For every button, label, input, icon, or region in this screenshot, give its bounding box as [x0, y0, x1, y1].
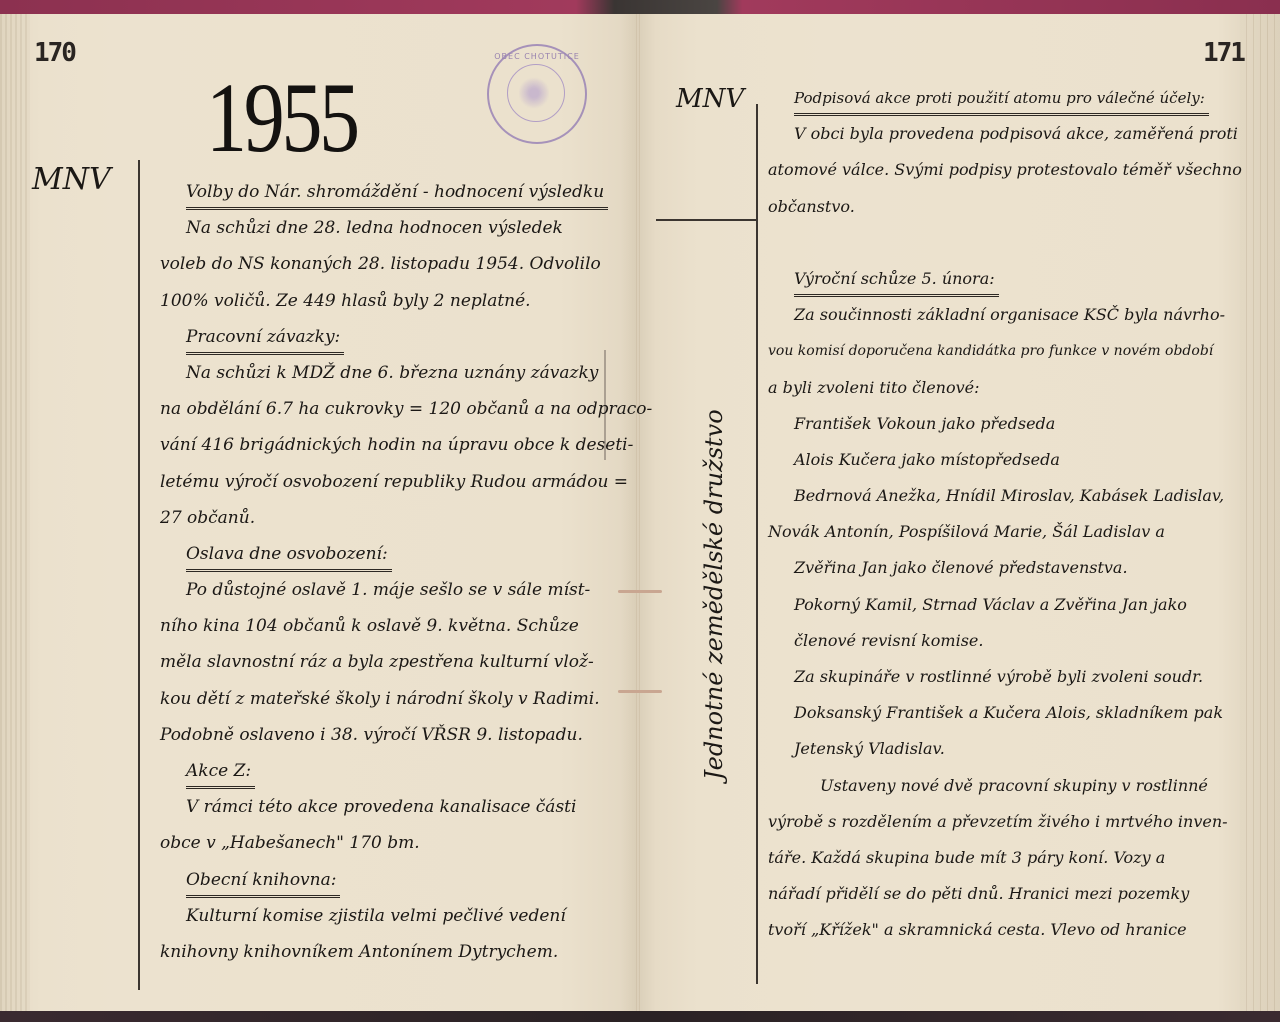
- section-heading: Obecní knihovna:: [160, 862, 610, 898]
- left-page-text: Volby do Nár. shromáždění - hodnocení vý…: [160, 174, 610, 970]
- text-line: Za skupináře v rostlinné výrobě byli zvo…: [768, 659, 1218, 695]
- stamp-text: OBEC CHOTUTICE: [489, 52, 585, 61]
- text-line: letému výročí osvobození republiky Rudou…: [160, 464, 610, 500]
- text-line: obce v „Habešanech" 170 bm.: [160, 825, 610, 861]
- text-line: vou komisí doporučena kandidátka pro fun…: [768, 333, 1218, 369]
- text-line: Doksanský František a Kučera Alois, skla…: [768, 695, 1218, 731]
- text-line: Ustaveny nové dvě pracovní skupiny v ros…: [768, 768, 1218, 804]
- section-heading: Volby do Nár. shromáždění - hodnocení vý…: [160, 174, 610, 210]
- book-gutter: [636, 14, 640, 1011]
- text-line: Pokorný Kamil, Strnad Václav a Zvěřina J…: [768, 587, 1218, 623]
- text-line: vání 416 brigádnických hodin na úpravu o…: [160, 427, 610, 463]
- text-line: František Vokoun jako předseda: [768, 406, 1218, 442]
- text-line: výrobě s rozdělením a převzetím živého i…: [768, 804, 1218, 840]
- text-line: na obdělání 6.7 ha cukrovky = 120 občanů…: [160, 391, 610, 427]
- blank-line: [768, 225, 1218, 261]
- text-line: knihovny knihovníkem Antonínem Dytrychem…: [160, 934, 610, 970]
- text-line: a byli zvoleni tito členové:: [768, 370, 1218, 406]
- section-heading: Oslava dne osvobození:: [160, 536, 610, 572]
- text-line: Po důstojné oslavě 1. máje sešlo se v sá…: [160, 572, 610, 608]
- text-line: Novák Antonín, Pospíšilová Marie, Šál La…: [768, 514, 1218, 550]
- book-cover-bottom: [0, 1010, 1280, 1022]
- right-page-text: Podpisová akce proti použití atomu pro v…: [768, 80, 1218, 949]
- book-cover-top: [0, 0, 1280, 14]
- text-line: voleb do NS konaných 28. listopadu 1954.…: [160, 246, 610, 282]
- text-line: Na schůzi dne 28. ledna hodnocen výslede…: [160, 210, 610, 246]
- page-edges: [1240, 14, 1280, 1011]
- text-line: Kulturní komise zjistila velmi pečlivé v…: [160, 898, 610, 934]
- margin-rule-right: [756, 104, 758, 984]
- text-line: Bedrnová Anežka, Hnídil Miroslav, Kabáse…: [768, 478, 1218, 514]
- text-line: Podobně oslaveno i 38. výročí VŘSR 9. li…: [160, 717, 610, 753]
- section-heading: Akce Z:: [160, 753, 610, 789]
- text-line: občanstvo.: [768, 189, 1218, 225]
- text-line: Za součinnosti základní organisace KSČ b…: [768, 297, 1218, 333]
- margin-label-right: MNV: [676, 84, 744, 114]
- text-line: 100% voličů. Ze 449 hlasů byly 2 neplatn…: [160, 283, 610, 319]
- margin-rule-left: [138, 160, 140, 990]
- municipal-stamp: OBEC CHOTUTICE: [487, 44, 587, 144]
- page-edges: [0, 14, 30, 1011]
- text-line: kou dětí z mateřské školy i národní škol…: [160, 681, 610, 717]
- text-line: 27 občanů.: [160, 500, 610, 536]
- margin-divider: [656, 219, 756, 221]
- text-line: V rámci této akce provedena kanalisace č…: [160, 789, 610, 825]
- coat-of-arms-icon: [519, 76, 549, 110]
- binding-stitch: [618, 590, 662, 593]
- text-line: členové revisní komise.: [768, 623, 1218, 659]
- section-heading: Výroční schůze 5. února:: [768, 261, 1218, 297]
- text-line: Na schůzi k MDŽ dne 6. března uznány záv…: [160, 355, 610, 391]
- page-number-right: 171: [1203, 38, 1244, 68]
- binding-stitch: [618, 690, 662, 693]
- section-heading: Pracovní závazky:: [160, 319, 610, 355]
- text-line: V obci byla provedena podpisová akce, za…: [768, 116, 1218, 152]
- page-number-left: 170: [34, 38, 75, 68]
- text-line: měla slavnostní ráz a byla zpestřena kul…: [160, 644, 610, 680]
- text-line: Alois Kučera jako místopředseda: [768, 442, 1218, 478]
- text-line: nářadí přidělí se do pěti dnů. Hranici m…: [768, 876, 1218, 912]
- year-heading: 1955: [206, 60, 357, 175]
- margin-label-left: MNV: [32, 162, 111, 197]
- section-heading: Podpisová akce proti použití atomu pro v…: [768, 80, 1218, 116]
- text-line: Zvěřina Jan jako členové představenstva.: [768, 550, 1218, 586]
- text-line: táře. Každá skupina bude mít 3 páry koní…: [768, 840, 1218, 876]
- vertical-margin-label: Jednotné zemědělské družstvo: [700, 409, 728, 780]
- text-line: Jetenský Vladislav.: [768, 731, 1218, 767]
- text-line: atomové válce. Svými podpisy protestoval…: [768, 152, 1218, 188]
- text-line: ního kina 104 občanů k oslavě 9. května.…: [160, 608, 610, 644]
- text-line: tvoří „Křížek" a skramnická cesta. Vlevo…: [768, 912, 1218, 948]
